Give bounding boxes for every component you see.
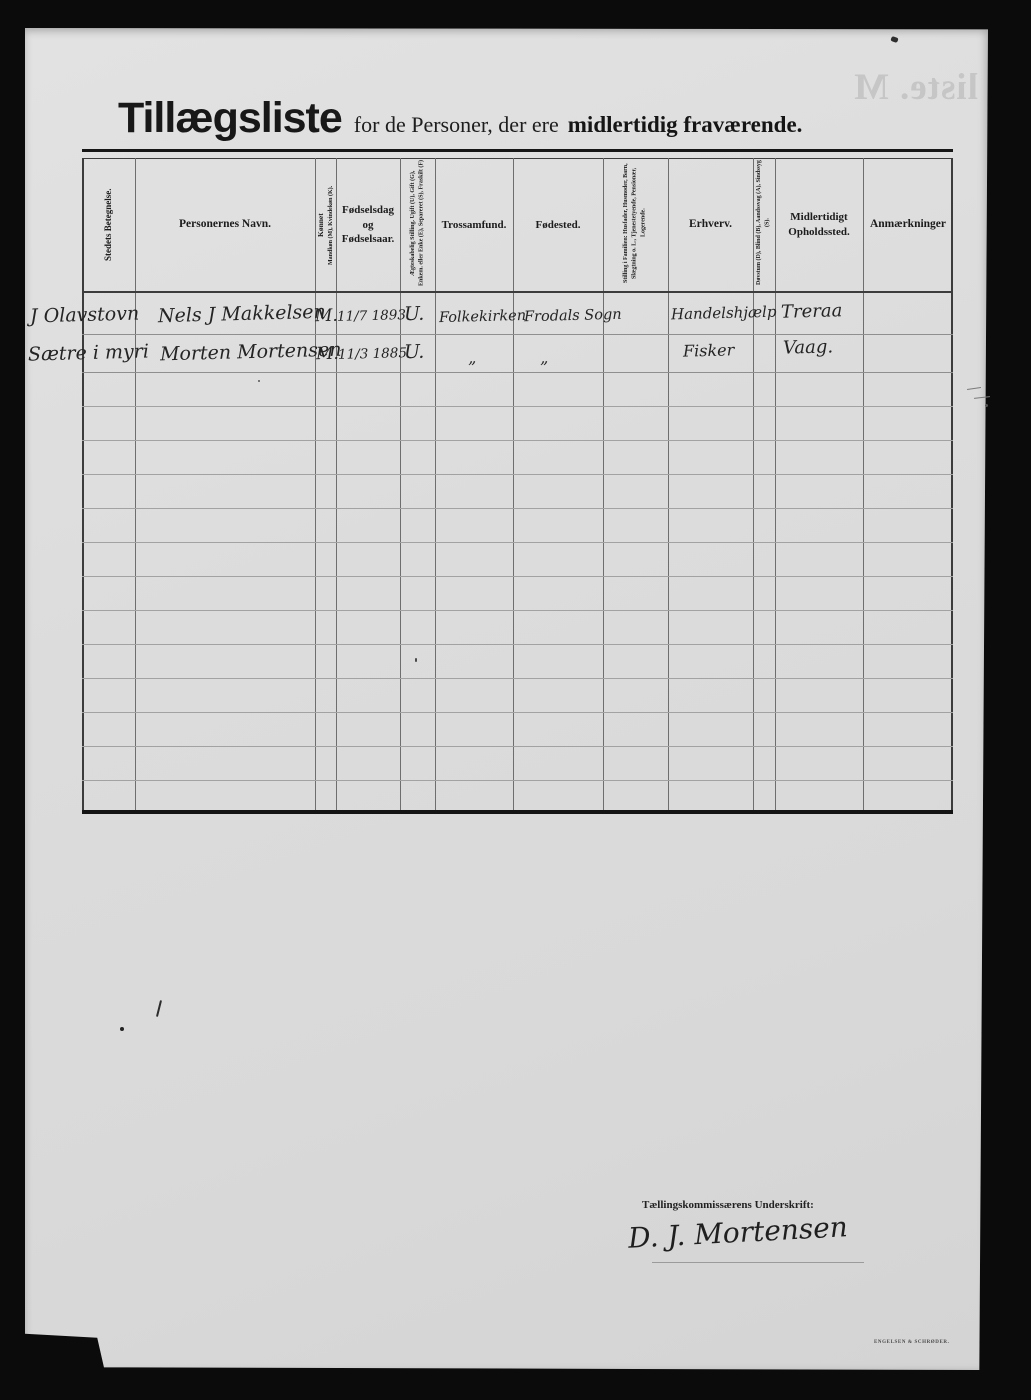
page-title: Tillægsliste for de Personer, der ere mi… [118, 94, 802, 143]
header-label: Kønnet [316, 160, 327, 290]
header-stilling-i-familien: Stilling i Familien: Husfader, Husmoder,… [603, 160, 668, 290]
entry-sted: J Olavstovn [30, 303, 140, 328]
header-bottom-rule [82, 291, 953, 293]
showthrough-mirrored-text: liste. M [798, 66, 978, 109]
header-fodested: Fødested. [513, 158, 603, 292]
printer-imprint: ENGELSEN & SCHRØDER. [874, 1340, 949, 1345]
header-midlertidigt-opholdssted: Midlertidigt Opholdssted. [775, 158, 863, 292]
row-line [82, 406, 953, 407]
row-line [82, 542, 953, 543]
row-line [82, 712, 953, 713]
row-line [82, 746, 953, 747]
row-line [82, 610, 953, 611]
entry-erhverv: Fisker [683, 340, 735, 360]
row-line [82, 440, 953, 441]
header-dovstum: Døvstum (D), Blind (B), Aandssvag (A), S… [753, 160, 775, 290]
table-bottom-rule [82, 810, 953, 814]
entry-erhverv: Handelshjælp [671, 303, 777, 324]
entry-navn: Nels J Makkelsen [158, 301, 326, 327]
entry-stilling: U. [404, 303, 425, 326]
header-fodselsdag: Fødselsdag og Fødselsaar. [336, 158, 400, 292]
header-anmaerkninger: Anmærkninger [863, 158, 953, 292]
entry-fodested: Frodals Sogn [524, 307, 622, 326]
row-line [82, 334, 953, 335]
header-erhverv: Erhverv. [668, 158, 753, 292]
row-line [82, 372, 953, 373]
header-konnet: Kønnet Mandkøn (M), Kvindekøn (K). [315, 160, 336, 290]
row-line [82, 780, 953, 781]
title-rule [82, 149, 953, 152]
header-stedets-betegnelse: Stedets Betegnelse. [82, 160, 135, 290]
entry-fodt: 11/7 1893 [337, 307, 406, 325]
row-line [82, 644, 953, 645]
entry-fodested-ditto: „ [540, 348, 549, 367]
entry-kjonn: M. [315, 306, 338, 327]
row-line [82, 474, 953, 475]
entry-opholdssted: Vaag. [783, 336, 834, 358]
row-line [82, 678, 953, 679]
entry-sted: Sætre i myri [28, 340, 149, 365]
header-label: Stilling i Familien: Husfader, Husmoder,… [622, 160, 648, 286]
entry-trossamfund: Folkekirken [439, 308, 526, 326]
entry-fodt: 11/3 1885 [338, 345, 407, 363]
ink-speck [415, 658, 417, 662]
entry-opholdssted: Treraa [781, 300, 843, 323]
ink-speck [258, 380, 260, 382]
entry-stilling: U. [404, 341, 425, 364]
title-main: Tillægsliste [118, 94, 342, 143]
entry-trossamfund-ditto: „ [468, 348, 477, 367]
header-sublabel: Mandkøn (M), Kvindekøn (K). [327, 160, 336, 290]
census-table: Stedets Betegnelse. Personernes Navn. Kø… [82, 158, 953, 814]
header-personernes-navn: Personernes Navn. [135, 158, 315, 292]
header-label: Stedets Betegnelse. [102, 160, 115, 290]
title-emphasis: midlertidig fraværende. [568, 112, 803, 138]
header-trossamfund: Trossamfund. [435, 158, 513, 292]
header-label: Ægteskabelig Stilling. Ugift (U), Gift (… [409, 160, 426, 286]
signature-label: Tællingskommissærens Underskrift: [642, 1199, 814, 1211]
header-label: Døvstum (D), Blind (B), Aandssvag (A), S… [755, 160, 772, 286]
scanned-census-page: liste. M Tillægsliste for de Personer, d… [0, 0, 1031, 1400]
row-line [82, 508, 953, 509]
header-aegteskabelig-stilling: Ægteskabelig Stilling. Ugift (U), Gift (… [400, 160, 435, 290]
row-line [82, 576, 953, 577]
title-mid: for de Personer, der ere [354, 112, 559, 138]
signature-baseline [652, 1262, 864, 1263]
entry-kjonn: M. [316, 344, 339, 365]
ink-speck [120, 1027, 124, 1031]
margin-dot [985, 404, 988, 407]
